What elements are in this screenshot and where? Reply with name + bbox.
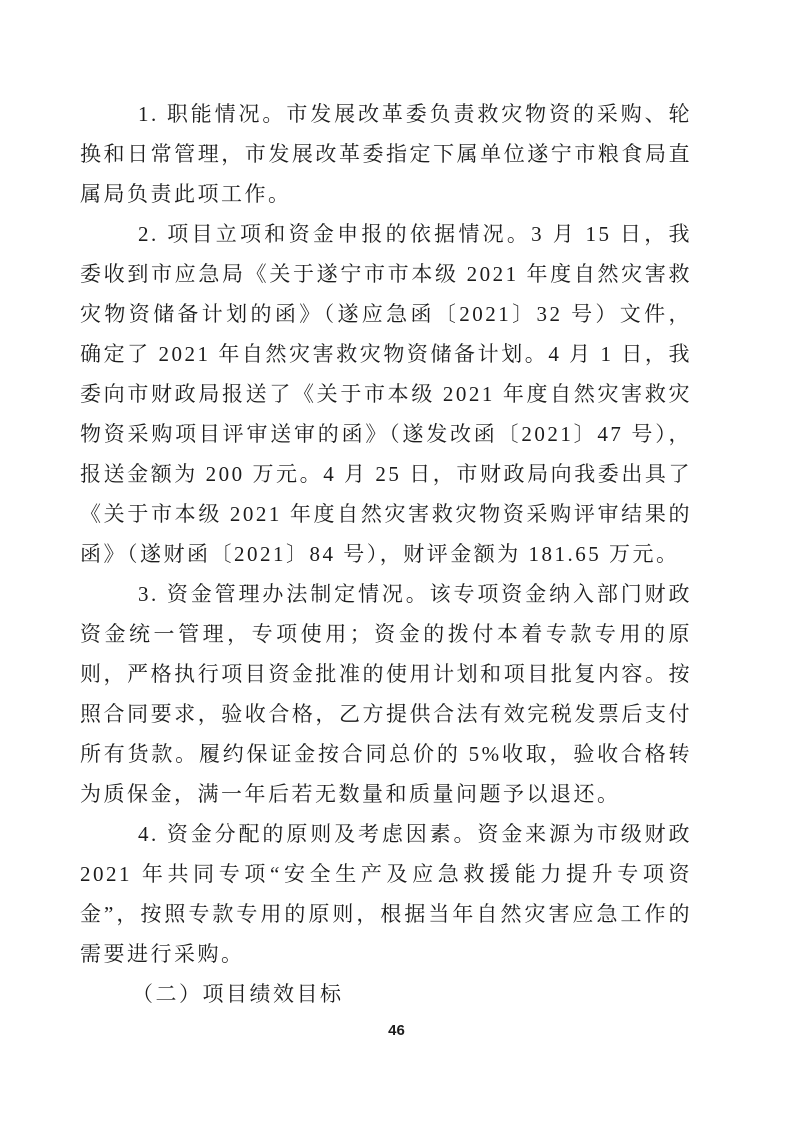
paragraph-fund-management: 3. 资金管理办法制定情况。该专项资金纳入部门财政资金统一管理，专项使用；资金的… xyxy=(80,574,692,814)
section-heading: （二）项目绩效目标 xyxy=(80,974,692,1014)
paragraph-fund-allocation: 4. 资金分配的原则及考虑因素。资金来源为市级财政 2021 年共同专项“安全生… xyxy=(80,814,692,974)
paragraph-functions: 1. 职能情况。市发展改革委负责救灾物资的采购、轮换和日常管理，市发展改革委指定… xyxy=(80,94,692,214)
document-page: 1. 职能情况。市发展改革委负责救灾物资的采购、轮换和日常管理，市发展改革委指定… xyxy=(0,0,793,1122)
document-body: 1. 职能情况。市发展改革委负责救灾物资的采购、轮换和日常管理，市发展改革委指定… xyxy=(80,94,692,1014)
paragraph-project-approval: 2. 项目立项和资金申报的依据情况。3 月 15 日，我委收到市应急局《关于遂宁… xyxy=(80,214,692,574)
page-number: 46 xyxy=(0,1016,793,1046)
